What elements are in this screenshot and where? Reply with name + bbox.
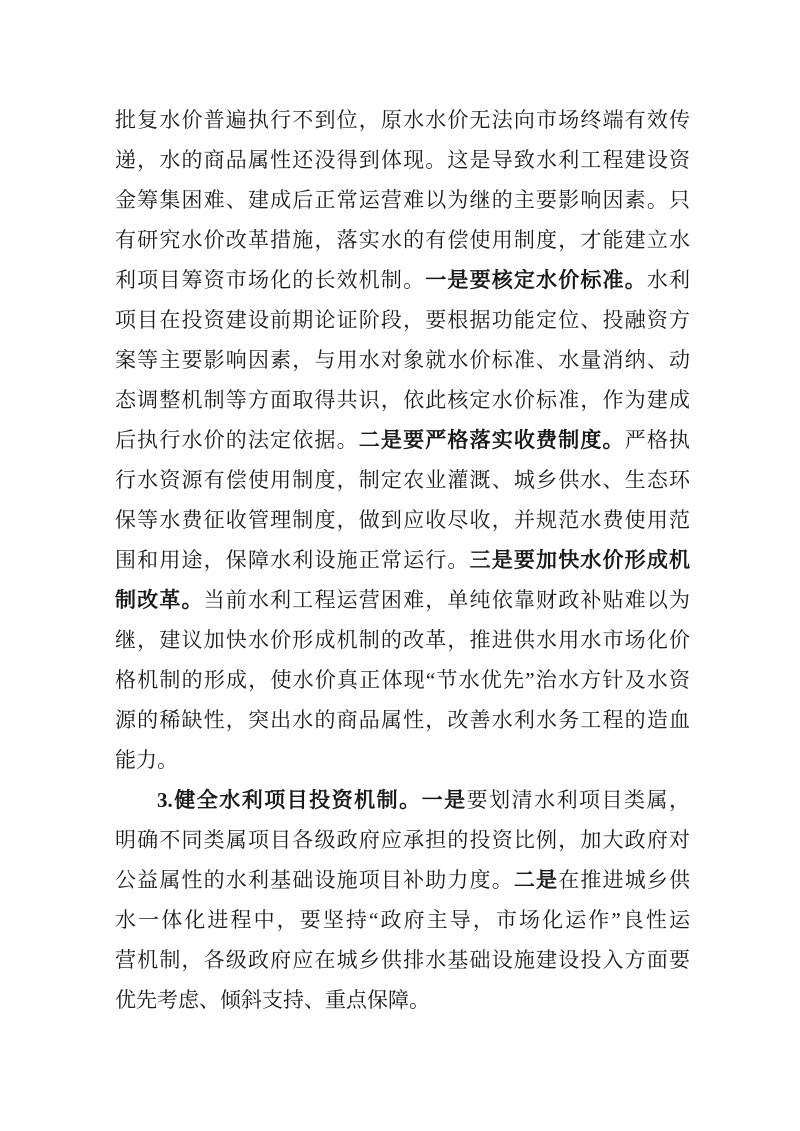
text-segment: 金筹集困难、建成后正常运营难以为继的主要影响因素。只 — [115, 188, 690, 212]
text-line: 利项目筹资市场化的长效机制。一是要核定水价标准。水利 — [115, 260, 690, 300]
text-segment: 围和用途，保障水利设施正常运行。 — [115, 548, 470, 572]
text-line: 制改革。当前水利工程运营困难，单纯依靠财政补贴难以为 — [115, 580, 690, 620]
text-segment-bold: 三是要加快水价形成机 — [470, 548, 690, 572]
text-segment-bold: 二是要严格落实收费制度。 — [359, 428, 625, 452]
text-segment: 利项目筹资市场化的长效机制。 — [115, 268, 425, 292]
text-line: 3.健全水利项目投资机制。一是要划清水利项目类属， — [115, 780, 690, 820]
text-line: 金筹集困难、建成后正常运营难以为继的主要影响因素。只 — [115, 180, 690, 220]
text-segment: 要划清水利项目类属， — [467, 788, 690, 812]
document-body: 批复水价普遍执行不到位，原水水价无法向市场终端有效传 递，水的商品属性还没得到体… — [115, 100, 690, 1020]
text-segment: 水利 — [647, 268, 690, 292]
text-segment: 保等水费征收管理制度，做到应收尽收，并规范水费使用范 — [115, 508, 690, 532]
text-segment-bold: 3.健全水利项目投资机制。一是 — [157, 788, 467, 812]
text-segment: 源的稀缺性，突出水的商品属性，改善水利水务工程的造血 — [115, 708, 690, 732]
text-line: 围和用途，保障水利设施正常运行。三是要加快水价形成机 — [115, 540, 690, 580]
text-segment: 当前水利工程运营困难，单纯依靠财政补贴难以为 — [204, 588, 690, 612]
paragraph-1: 批复水价普遍执行不到位，原水水价无法向市场终端有效传 递，水的商品属性还没得到体… — [115, 100, 690, 780]
text-segment: 递，水的商品属性还没得到体现。这是导致水利工程建设资 — [115, 148, 690, 172]
text-line: 有研究水价改革措施，落实水的有偿使用制度，才能建立水 — [115, 220, 690, 260]
document-page: 批复水价普遍执行不到位，原水水价无法向市场终端有效传 递，水的商品属性还没得到体… — [0, 0, 800, 1131]
text-segment: 有研究水价改革措施，落实水的有偿使用制度，才能建立水 — [115, 228, 690, 252]
text-line: 明确不同类属项目各级政府应承担的投资比例，加大政府对 — [115, 820, 690, 860]
text-segment-bold: 制改革。 — [115, 588, 204, 612]
text-segment: 公益属性的水利基础设施项目补助力度。 — [115, 868, 514, 892]
text-segment: 能力。 — [115, 748, 178, 772]
text-line: 保等水费征收管理制度，做到应收尽收，并规范水费使用范 — [115, 500, 690, 540]
text-line: 态调整机制等方面取得共识，依此核定水价标准，作为建成 — [115, 380, 690, 420]
text-segment: 行水资源有偿使用制度，制定农业灌溉、城乡供水、生态环 — [115, 468, 690, 492]
text-segment: 格机制的形成，使水价真正体现“节水优先”治水方针及水资 — [115, 668, 690, 692]
text-line: 水一体化进程中，要坚持“政府主导，市场化运作”良性运 — [115, 900, 690, 940]
text-segment-bold: 一是要核定水价标准。 — [425, 268, 647, 292]
text-line: 能力。 — [115, 740, 690, 780]
text-line: 公益属性的水利基础设施项目补助力度。二是在推进城乡供 — [115, 860, 690, 900]
text-line: 项目在投资建设前期论证阶段，要根据功能定位、投融资方 — [115, 300, 690, 340]
text-segment: 水一体化进程中，要坚持“政府主导，市场化运作”良性运 — [115, 908, 690, 932]
text-line: 递，水的商品属性还没得到体现。这是导致水利工程建设资 — [115, 140, 690, 180]
text-segment: 在推进城乡供 — [558, 868, 690, 892]
text-segment-bold: 二是 — [514, 868, 558, 892]
text-segment: 严格执 — [625, 428, 690, 452]
text-segment: 项目在投资建设前期论证阶段，要根据功能定位、投融资方 — [115, 308, 690, 332]
text-segment: 批复水价普遍执行不到位，原水水价无法向市场终端有效传 — [115, 108, 690, 132]
text-line: 后执行水价的法定依据。二是要严格落实收费制度。严格执 — [115, 420, 690, 460]
text-segment: 营机制，各级政府应在城乡供排水基础设施建设投入方面要 — [115, 948, 690, 972]
text-segment: 态调整机制等方面取得共识，依此核定水价标准，作为建成 — [115, 388, 690, 412]
text-line: 优先考虑、倾斜支持、重点保障。 — [115, 980, 690, 1020]
text-line: 格机制的形成，使水价真正体现“节水优先”治水方针及水资 — [115, 660, 690, 700]
paragraph-2: 3.健全水利项目投资机制。一是要划清水利项目类属， 明确不同类属项目各级政府应承… — [115, 780, 690, 1020]
text-segment: 明确不同类属项目各级政府应承担的投资比例，加大政府对 — [115, 828, 690, 852]
text-segment: 后执行水价的法定依据。 — [115, 428, 359, 452]
text-line: 营机制，各级政府应在城乡供排水基础设施建设投入方面要 — [115, 940, 690, 980]
text-line: 行水资源有偿使用制度，制定农业灌溉、城乡供水、生态环 — [115, 460, 690, 500]
text-segment: 继，建议加快水价形成机制的改革，推进供水用水市场化价 — [115, 628, 690, 652]
text-line: 源的稀缺性，突出水的商品属性，改善水利水务工程的造血 — [115, 700, 690, 740]
text-line: 批复水价普遍执行不到位，原水水价无法向市场终端有效传 — [115, 100, 690, 140]
text-segment: 优先考虑、倾斜支持、重点保障。 — [115, 988, 430, 1012]
text-segment: 案等主要影响因素，与用水对象就水价标准、水量消纳、动 — [115, 348, 690, 372]
text-line: 案等主要影响因素，与用水对象就水价标准、水量消纳、动 — [115, 340, 690, 380]
text-line: 继，建议加快水价形成机制的改革，推进供水用水市场化价 — [115, 620, 690, 660]
